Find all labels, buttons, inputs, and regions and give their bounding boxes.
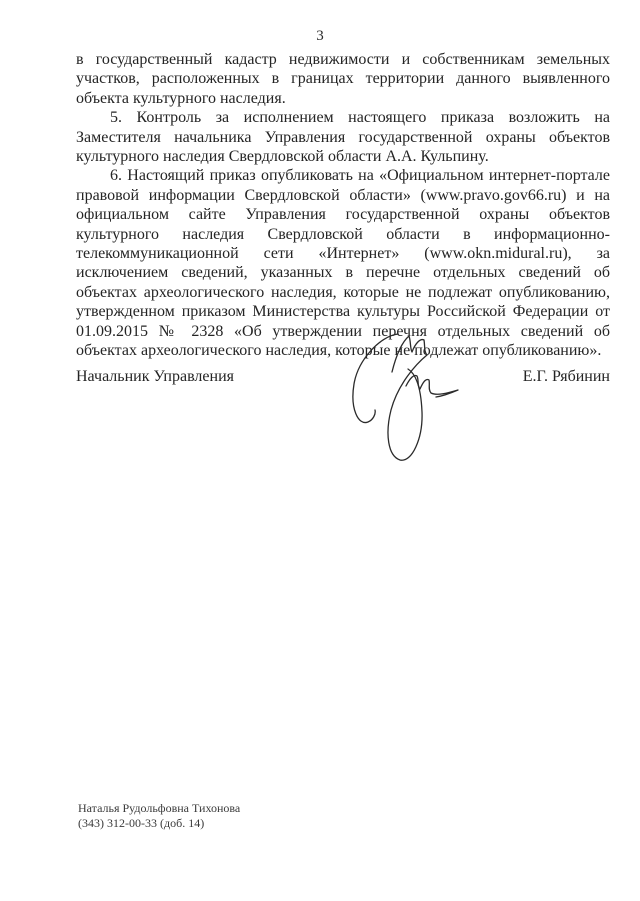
handwritten-signature — [338, 326, 470, 472]
signatory-title: Начальник Управления — [76, 368, 234, 386]
signatory-name: Е.Г. Рябинин — [523, 368, 610, 386]
contact-footer: Наталья Рудольфовна Тихонова (343) 312-0… — [78, 801, 240, 831]
paragraph-continuation: в государственный кадастр недвижимости и… — [76, 50, 610, 108]
contact-phone: (343) 312-00-33 (доб. 14) — [78, 816, 240, 831]
paragraph-item-5: 5. Контроль за исполнением настоящего пр… — [76, 108, 610, 166]
document-page: 3 в государственный кадастр недвижимости… — [0, 0, 640, 901]
page-number: 3 — [0, 28, 640, 45]
contact-name: Наталья Рудольфовна Тихонова — [78, 801, 240, 816]
document-body: в государственный кадастр недвижимости и… — [76, 50, 610, 361]
